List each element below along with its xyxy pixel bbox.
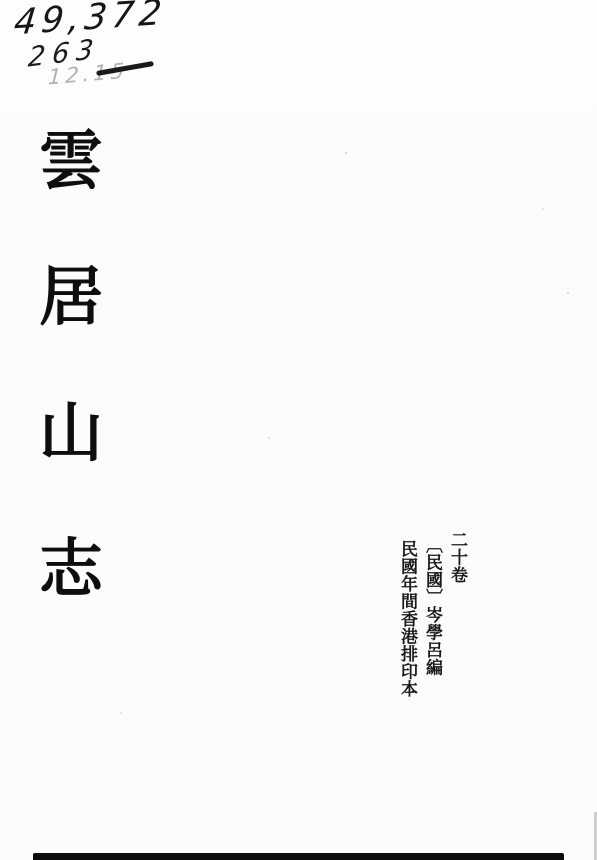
scan-speckles: [345, 152, 347, 154]
title-char-4: 志: [38, 538, 104, 602]
title-char-1: 雲: [38, 130, 104, 194]
scan-edge-bar: [33, 853, 564, 860]
imprint-block: 二十卷 〔民國〕岑學呂編 民國年間香港排印本: [394, 531, 469, 706]
title-char-3: 山: [38, 402, 104, 466]
imprint-compiler: 〔民國〕岑學呂編: [419, 531, 444, 706]
handwritten-annotations: 49,372 263 12.15: [0, 0, 260, 120]
book-title: 雲 居 山 志: [38, 130, 104, 602]
imprint-edition: 民國年間香港排印本: [394, 531, 419, 706]
imprint-volume-count: 二十卷: [444, 531, 469, 706]
title-char-2: 居: [38, 266, 104, 330]
scanned-page: 49,372 263 12.15 雲 居 山 志 二十卷 〔民國〕岑學呂編 民國…: [0, 0, 597, 860]
